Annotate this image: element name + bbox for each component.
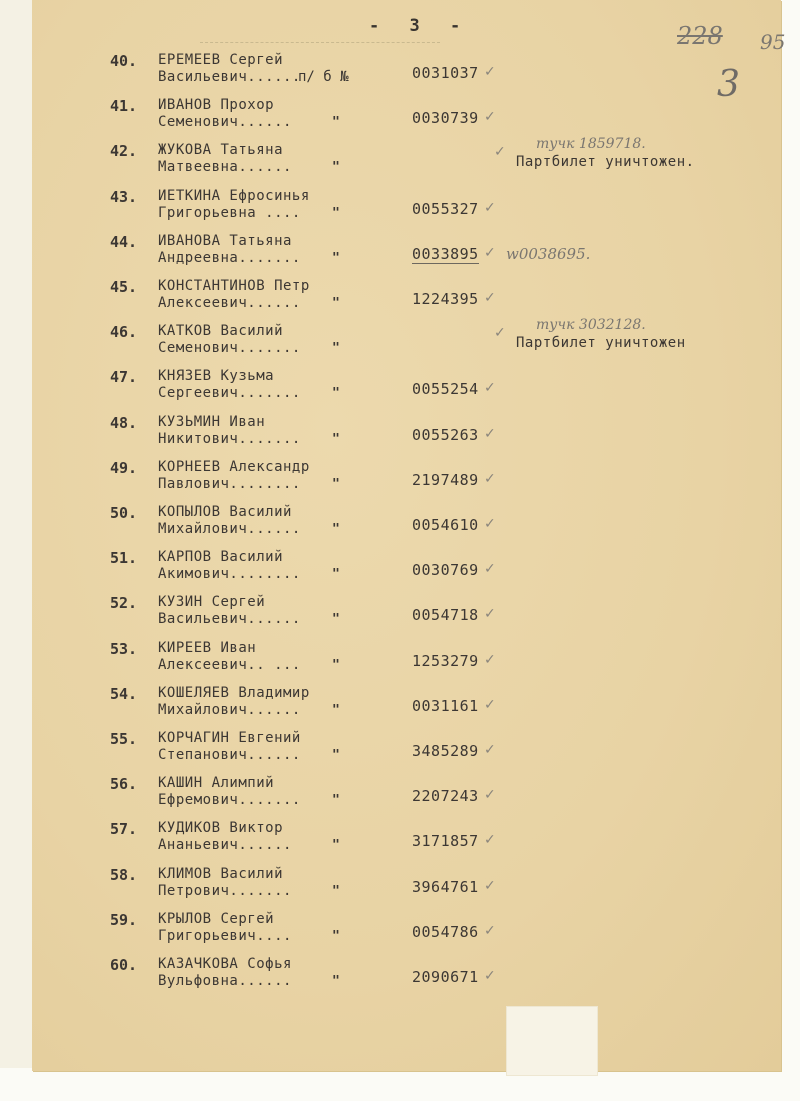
document-page: - 3 - 228 95 3 40.ЕРЕМЕЕВ СергейВасильев… bbox=[32, 0, 781, 1071]
entry-patronymic: Сергеевич....... bbox=[158, 385, 301, 401]
entry-number: 41. bbox=[110, 97, 137, 115]
check-mark: ✓ bbox=[484, 742, 496, 758]
ditto-mark: " bbox=[332, 115, 340, 130]
entry-surname-name: КУЗЬМИН Иван bbox=[158, 414, 265, 430]
party-card-number: 0031161 bbox=[412, 697, 479, 715]
party-card-number: 0033895 bbox=[412, 245, 479, 264]
entry-patronymic: Акимович........ bbox=[158, 566, 301, 582]
handwritten-correction: w0038695. bbox=[506, 245, 590, 263]
entry-patronymic: Семенович....... bbox=[158, 340, 301, 356]
entry-surname-name: ЖУКОВА Татьяна bbox=[158, 142, 283, 158]
entry-number: 58. bbox=[110, 866, 137, 884]
list-entry: 58.КЛИМОВ ВасилийПетрович......."3964761… bbox=[32, 866, 781, 908]
list-entry: 42.ЖУКОВА ТатьянаМатвеевна......"✓Партби… bbox=[32, 142, 781, 184]
entry-patronymic: Петрович....... bbox=[158, 883, 292, 899]
entry-number: 59. bbox=[110, 911, 137, 929]
entry-number: 45. bbox=[110, 278, 137, 296]
ditto-mark: " bbox=[332, 658, 340, 673]
list-entry: 55.КОРЧАГИН ЕвгенийСтепанович......"3485… bbox=[32, 730, 781, 772]
check-mark: ✓ bbox=[484, 968, 496, 984]
check-mark: ✓ bbox=[484, 200, 496, 216]
entry-surname-name: ИЕТКИНА Ефросинья bbox=[158, 188, 310, 204]
handwritten-ticket-number: тучк 1859718. bbox=[536, 136, 646, 152]
entry-patronymic: Семенович...... bbox=[158, 114, 292, 130]
party-card-number: 0054718 bbox=[412, 606, 479, 624]
entry-patronymic: Степанович...... bbox=[158, 747, 301, 763]
list-entry: 41.ИВАНОВ ПрохорСеменович......"0030739✓ bbox=[32, 97, 781, 139]
list-entry: 60.КАЗАЧКОВА СофьяВульфовна......"209067… bbox=[32, 956, 781, 998]
entry-number: 47. bbox=[110, 368, 137, 386]
party-card-number: 1224395 bbox=[412, 290, 479, 308]
list-entry: 43.ИЕТКИНА ЕфросиньяГригорьевна ...."005… bbox=[32, 188, 781, 230]
ditto-mark: " bbox=[332, 838, 340, 853]
list-entry: 54.КОШЕЛЯЕВ ВладимирМихайлович......"003… bbox=[32, 685, 781, 727]
ditto-mark: " bbox=[332, 748, 340, 763]
entry-surname-name: ЕРЕМЕЕВ Сергей bbox=[158, 52, 283, 68]
check-mark: ✓ bbox=[484, 652, 496, 668]
entry-number: 52. bbox=[110, 594, 137, 612]
entry-number: 56. bbox=[110, 775, 137, 793]
entry-surname-name: ИВАНОВ Прохор bbox=[158, 97, 274, 113]
list-entry: 50.КОПЫЛОВ ВасилийМихайлович......"00546… bbox=[32, 504, 781, 546]
check-mark: ✓ bbox=[484, 109, 496, 125]
party-card-number: 2090671 bbox=[412, 968, 479, 986]
party-card-number: 0030769 bbox=[412, 561, 479, 579]
card-prefix: п/ б № bbox=[298, 69, 349, 85]
list-entry: 44.ИВАНОВА ТатьянаАндреевна......."00338… bbox=[32, 233, 781, 275]
entry-surname-name: КОШЕЛЯЕВ Владимир bbox=[158, 685, 310, 701]
entry-number: 53. bbox=[110, 640, 137, 658]
ditto-mark: " bbox=[332, 477, 340, 492]
entry-patronymic: Павлович........ bbox=[158, 476, 301, 492]
ditto-mark: " bbox=[332, 793, 340, 808]
list-entry: 51.КАРПОВ ВасилийАкимович........"003076… bbox=[32, 549, 781, 591]
party-card-number: 0054786 bbox=[412, 923, 479, 941]
check-mark: ✓ bbox=[484, 471, 496, 487]
entry-number: 50. bbox=[110, 504, 137, 522]
check-mark: ✓ bbox=[484, 290, 496, 306]
entry-surname-name: КАШИН Алимпий bbox=[158, 775, 274, 791]
ditto-mark: " bbox=[332, 612, 340, 627]
party-card-number: 3964761 bbox=[412, 878, 479, 896]
entry-surname-name: КАРПОВ Василий bbox=[158, 549, 283, 565]
annotation-card-destroyed: Партбилет уничтожен bbox=[516, 335, 686, 351]
ditto-mark: " bbox=[332, 160, 340, 175]
ditto-mark: " bbox=[332, 206, 340, 221]
scan-margin-strip bbox=[0, 0, 33, 1068]
entry-number: 60. bbox=[110, 956, 137, 974]
list-entry: 57.КУДИКОВ ВикторАнаньевич......"3171857… bbox=[32, 820, 781, 862]
entry-patronymic: Матвеевна...... bbox=[158, 159, 292, 175]
entry-patronymic: Ефремович....... bbox=[158, 792, 301, 808]
entry-surname-name: КИРЕЕВ Иван bbox=[158, 640, 256, 656]
ditto-mark: " bbox=[332, 522, 340, 537]
entry-surname-name: ИВАНОВА Татьяна bbox=[158, 233, 292, 249]
party-card-number: 3171857 bbox=[412, 832, 479, 850]
ditto-mark: " bbox=[332, 974, 340, 989]
party-card-number: 0055254 bbox=[412, 380, 479, 398]
party-card-number: 3485289 bbox=[412, 742, 479, 760]
handwritten-ticket-number: тучк 3032128. bbox=[536, 317, 646, 333]
check-mark: ✓ bbox=[494, 144, 506, 160]
entry-number: 42. bbox=[110, 142, 137, 160]
ditto-mark: " bbox=[332, 567, 340, 582]
entry-surname-name: КУЗИН Сергей bbox=[158, 594, 265, 610]
ditto-mark: " bbox=[332, 929, 340, 944]
entry-surname-name: КОПЫЛОВ Василий bbox=[158, 504, 292, 520]
check-mark: ✓ bbox=[484, 245, 496, 261]
list-entry: 47.КНЯЗЕВ КузьмаСергеевич......."0055254… bbox=[32, 368, 781, 410]
ditto-mark: " bbox=[332, 703, 340, 718]
list-entry: 52.КУЗИН СергейВасильевич......"0054718✓ bbox=[32, 594, 781, 636]
check-mark: ✓ bbox=[484, 561, 496, 577]
entry-number: 46. bbox=[110, 323, 137, 341]
entry-number: 43. bbox=[110, 188, 137, 206]
entry-surname-name: КНЯЗЕВ Кузьма bbox=[158, 368, 274, 384]
list-entry: 59.КРЫЛОВ СергейГригорьевич...."0054786✓ bbox=[32, 911, 781, 953]
entry-patronymic: Васильевич...... bbox=[158, 69, 301, 85]
check-mark: ✓ bbox=[484, 64, 496, 80]
party-card-number: 2207243 bbox=[412, 787, 479, 805]
party-card-number: 0055263 bbox=[412, 426, 479, 444]
entry-patronymic: Алексеевич...... bbox=[158, 295, 301, 311]
check-mark: ✓ bbox=[484, 923, 496, 939]
entry-patronymic: Вульфовна...... bbox=[158, 973, 292, 989]
entry-patronymic: Алексеевич.. ... bbox=[158, 657, 301, 673]
list-entry: 48.КУЗЬМИН ИванНикитович......."0055263✓ bbox=[32, 414, 781, 456]
ditto-mark: " bbox=[332, 251, 340, 266]
list-entry: 40.ЕРЕМЕЕВ СергейВасильевич......п/ б №0… bbox=[32, 52, 781, 94]
entry-number: 44. bbox=[110, 233, 137, 251]
entry-surname-name: КОРЧАГИН Евгений bbox=[158, 730, 301, 746]
check-mark: ✓ bbox=[484, 380, 496, 396]
ditto-mark: " bbox=[332, 341, 340, 356]
entry-number: 55. bbox=[110, 730, 137, 748]
entry-surname-name: КОНСТАНТИНОВ Петр bbox=[158, 278, 310, 294]
archive-old-sheet-number: 228 bbox=[677, 22, 723, 50]
entry-number: 54. bbox=[110, 685, 137, 703]
entry-number: 49. bbox=[110, 459, 137, 477]
entry-patronymic: Михайлович...... bbox=[158, 521, 301, 537]
entry-patronymic: Михайлович...... bbox=[158, 702, 301, 718]
entry-patronymic: Ананьевич...... bbox=[158, 837, 292, 853]
paper-tape-patch bbox=[506, 1006, 598, 1076]
faint-rule bbox=[200, 42, 440, 43]
party-card-number: 2197489 bbox=[412, 471, 479, 489]
entry-surname-name: КАЗАЧКОВА Софья bbox=[158, 956, 292, 972]
entry-patronymic: Андреевна....... bbox=[158, 250, 301, 266]
check-mark: ✓ bbox=[484, 787, 496, 803]
check-mark: ✓ bbox=[484, 426, 496, 442]
check-mark: ✓ bbox=[484, 606, 496, 622]
ditto-mark: " bbox=[332, 432, 340, 447]
ditto-mark: " bbox=[332, 296, 340, 311]
entry-number: 40. bbox=[110, 52, 137, 70]
entry-patronymic: Григорьевна .... bbox=[158, 205, 301, 221]
entry-patronymic: Васильевич...... bbox=[158, 611, 301, 627]
list-entry: 45.КОНСТАНТИНОВ ПетрАлексеевич......"122… bbox=[32, 278, 781, 320]
entry-number: 48. bbox=[110, 414, 137, 432]
entry-surname-name: КОРНЕЕВ Александр bbox=[158, 459, 310, 475]
party-card-number: 0055327 bbox=[412, 200, 479, 218]
party-card-number: 0030739 bbox=[412, 109, 479, 127]
check-mark: ✓ bbox=[484, 516, 496, 532]
page-number: - 3 - bbox=[369, 16, 470, 36]
entry-surname-name: КРЫЛОВ Сергей bbox=[158, 911, 274, 927]
entry-patronymic: Григорьевич.... bbox=[158, 928, 292, 944]
ditto-mark: " bbox=[332, 386, 340, 401]
party-card-number: 1253279 bbox=[412, 652, 479, 670]
check-mark: ✓ bbox=[484, 832, 496, 848]
entry-number: 51. bbox=[110, 549, 137, 567]
ditto-mark: " bbox=[332, 884, 340, 899]
entry-surname-name: КЛИМОВ Василий bbox=[158, 866, 283, 882]
list-entry: 53.КИРЕЕВ ИванАлексеевич.. ..."1253279✓ bbox=[32, 640, 781, 682]
entry-surname-name: КУДИКОВ Виктор bbox=[158, 820, 283, 836]
entry-number: 57. bbox=[110, 820, 137, 838]
party-card-number: 0031037 bbox=[412, 64, 479, 82]
annotation-card-destroyed: Партбилет уничтожен. bbox=[516, 154, 695, 170]
party-card-number: 0054610 bbox=[412, 516, 479, 534]
check-mark: ✓ bbox=[494, 325, 506, 341]
entry-patronymic: Никитович....... bbox=[158, 431, 301, 447]
list-entry: 49.КОРНЕЕВ АлександрПавлович........"219… bbox=[32, 459, 781, 501]
entry-surname-name: КАТКОВ Василий bbox=[158, 323, 283, 339]
check-mark: ✓ bbox=[484, 697, 496, 713]
check-mark: ✓ bbox=[484, 878, 496, 894]
archive-new-sheet-number: 95 bbox=[760, 30, 785, 54]
list-entry: 56.КАШИН АлимпийЕфремович......."2207243… bbox=[32, 775, 781, 817]
list-entry: 46.КАТКОВ ВасилийСеменович......."✓Партб… bbox=[32, 323, 781, 365]
